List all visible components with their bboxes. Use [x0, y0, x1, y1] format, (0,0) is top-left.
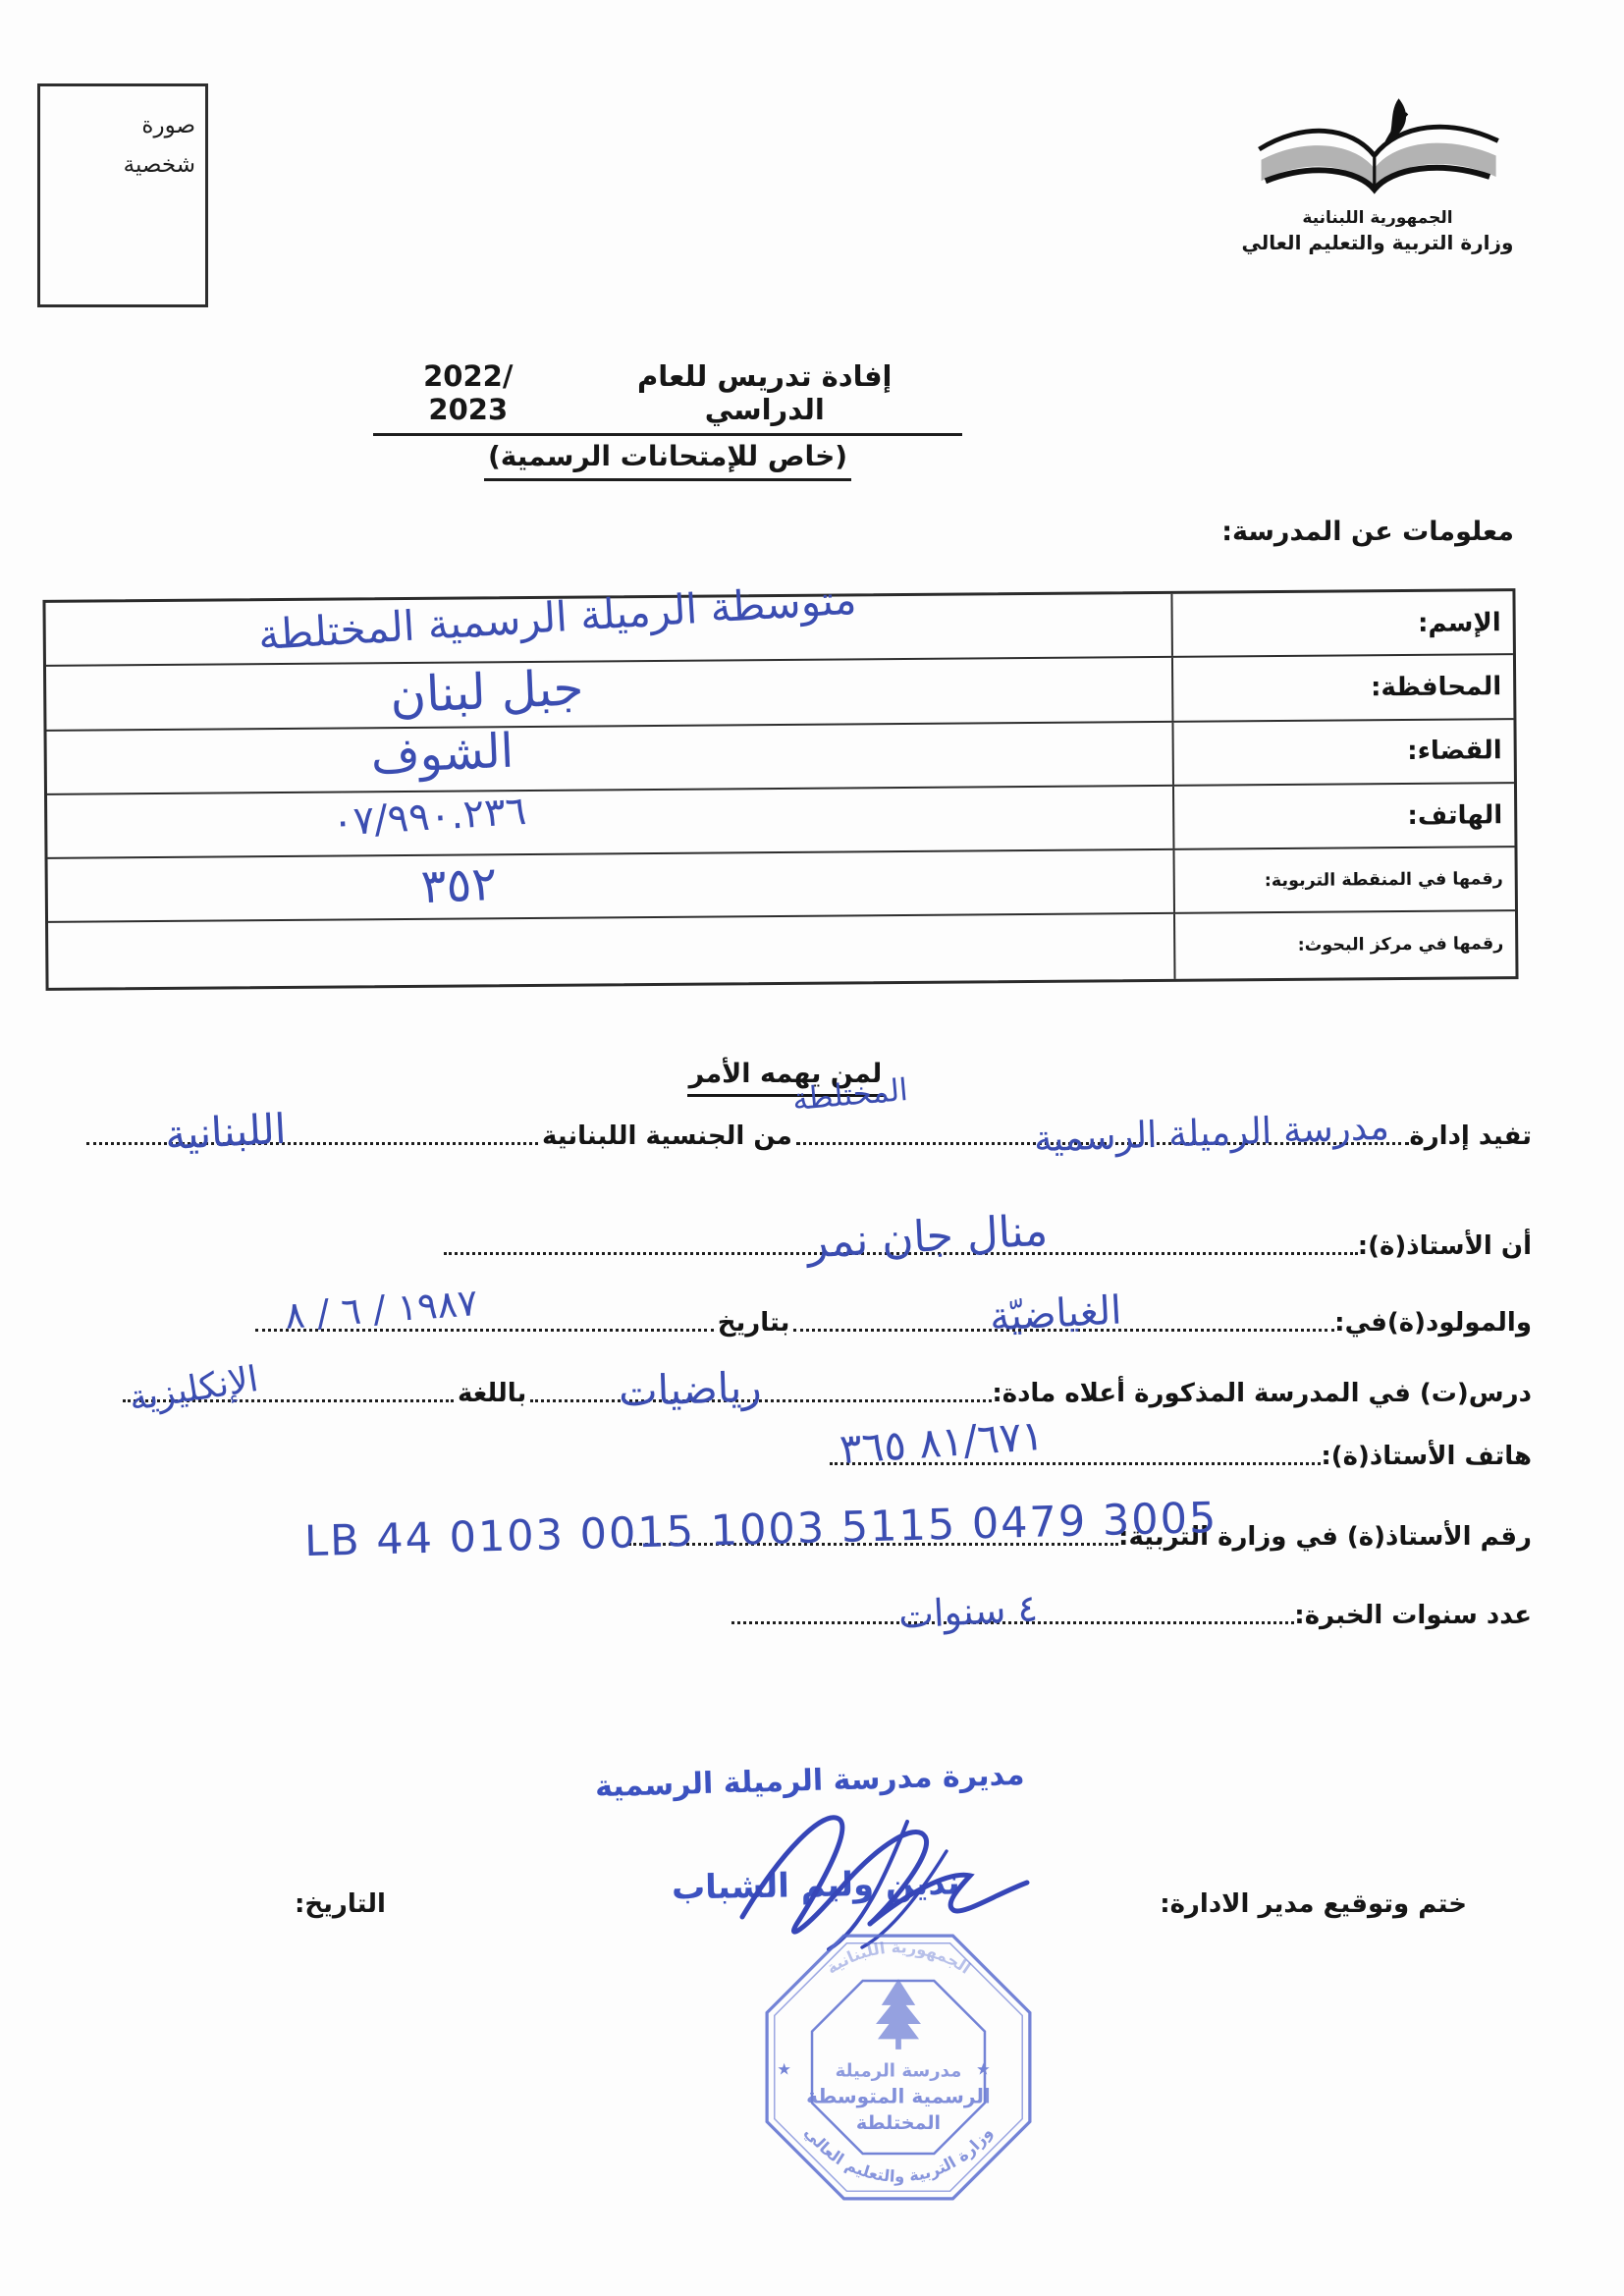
photo-box: صورة شخصية — [37, 83, 208, 307]
title-years: 2022/ 2023 — [379, 359, 558, 426]
handwritten-district: الشوف — [370, 723, 515, 784]
line2-prefix: أن الأستاذ(ة): — [1358, 1230, 1532, 1264]
footer-date-label: التاريخ: — [295, 1889, 386, 1919]
line3-prefix: والمولود(ة)في: — [1334, 1306, 1532, 1340]
school-info-heading: معلومات عن المدرسة: — [1221, 517, 1514, 547]
row-label: رقمها في المنقطة التربوية: — [1172, 847, 1514, 912]
handwritten-birthdate: ١٩٨٧ / ٦ / ٨ — [284, 1281, 479, 1338]
footer-seal-signature-label: ختم وتوقيع مدير الادارة: — [1160, 1889, 1467, 1919]
handwritten-governorate: جبل لبنان — [389, 659, 584, 724]
row-value: ٣٥٢ — [48, 850, 1173, 921]
table-row-governorate: المحافظة: جبل لبنان — [46, 655, 1513, 731]
document-subtitle: (خاص للإمتحانات الرسمية) — [452, 440, 884, 481]
seal-center-line1: مدرسة الرميلة — [836, 2061, 962, 2082]
open-book-icon — [1240, 96, 1515, 202]
row-value — [48, 914, 1173, 987]
handwritten-nationality: اللبنانية — [164, 1105, 288, 1159]
line7-prefix: عدد سنوات الخبرة: — [1294, 1599, 1532, 1633]
dotted-line: الإنكليزية — [123, 1397, 454, 1402]
handwritten-teacher-name: منال جان نمر — [806, 1206, 1049, 1269]
line1-prefix: تفيد إدارة — [1409, 1120, 1532, 1154]
dotted-line: LB 44 0103 0015 1003 5115 0479 3005 — [628, 1541, 1118, 1546]
row-label: الهاتف: — [1172, 784, 1514, 848]
line5-prefix: هاتف الأستاذ(ة): — [1321, 1440, 1532, 1474]
row-value: جبل لبنان — [46, 658, 1171, 729]
seal-center-line2: الرسمية المتوسطة — [806, 2084, 991, 2107]
letter-line-7: عدد سنوات الخبرة: ٤ سنوات — [731, 1599, 1532, 1633]
logo-country-name: الجمهورية اللبنانية — [1225, 208, 1530, 228]
handwritten-phone: ٠٧/٩٩٠.٢٣٦ — [331, 789, 527, 846]
handwritten-teacher-phone: ٨١/٦٧١ ٣٦٥ — [839, 1411, 1046, 1473]
photo-box-label-line1: صورة — [40, 106, 195, 145]
handwritten-language: الإنكليزية — [127, 1359, 261, 1419]
row-label: المحافظة: — [1171, 655, 1513, 720]
row-label: الإسم: — [1170, 591, 1512, 656]
table-row-name: الإسم: متوسطة الرميلة الرسمية المختلطة — [45, 591, 1512, 667]
dotted-line: منال جان نمر — [444, 1250, 1358, 1255]
letter-line-3: والمولود(ة)في: الغياضيّة بتاريخ ١٩٨٧ / ٦… — [255, 1306, 1532, 1340]
dotted-line: ٨١/٦٧١ ٣٦٥ — [830, 1460, 1321, 1465]
letter-line-1: تفيد إدارة مدرسة الرميلة الرسمية المختلط… — [86, 1120, 1532, 1154]
seal-star-left-icon: ★ — [777, 2060, 791, 2079]
school-seal-icon: الجمهورية اللبنانية وزارة التربية والتعل… — [742, 1917, 1055, 2217]
letter-line-6: رقم الأستاذ(ة) في وزارة التربية: LB 44 0… — [628, 1520, 1532, 1555]
line3-mid: بتاريخ — [714, 1306, 794, 1340]
row-value: متوسطة الرميلة الرسمية المختلطة — [45, 594, 1170, 665]
table-row-district-number: رقمها في المنقطة التربوية: ٣٥٢ — [48, 847, 1515, 923]
ministry-logo: الجمهورية اللبنانية وزارة التربية والتعل… — [1225, 96, 1530, 254]
document-title: إفادة تدريس للعام الدراسي 2022/ 2023 — [373, 359, 962, 436]
line1-mid: من الجنسية اللبنانية — [538, 1120, 796, 1154]
line4-mid: باللغة — [454, 1377, 530, 1411]
scanned-document-page: صورة شخصية الجمهورية اللبنانية وزارة الت… — [0, 0, 1624, 2296]
handwritten-district-number: ٣٥٢ — [420, 856, 499, 914]
letter-line-4: درس(ت) في المدرسة المذكورة أعلاه مادة: ر… — [123, 1377, 1532, 1411]
line4-prefix: درس(ت) في المدرسة المذكورة أعلاه مادة: — [992, 1377, 1532, 1411]
handwritten-ministry-number: LB 44 0103 0015 1003 5115 0479 3005 — [304, 1494, 1218, 1566]
table-row-phone: الهاتف: ٠٧/٩٩٠.٢٣٦ — [47, 784, 1514, 859]
dotted-line: الغياضيّة — [793, 1327, 1334, 1332]
row-label: رقمها في مركز البحوث: — [1173, 912, 1516, 979]
school-info-table: الإسم: متوسطة الرميلة الرسمية المختلطة ا… — [42, 588, 1518, 991]
handwritten-experience-years: ٤ سنوات — [897, 1586, 1039, 1636]
seal-star-right-icon: ★ — [976, 2060, 991, 2079]
table-row-district: القضاء: الشوف — [47, 720, 1514, 795]
logo-ministry-name: وزارة التربية والتعليم العالي — [1225, 231, 1530, 254]
row-value: ٠٧/٩٩٠.٢٣٦ — [47, 787, 1172, 857]
dotted-line: رياضيات — [530, 1397, 992, 1402]
dotted-line: ٤ سنوات — [731, 1619, 1294, 1624]
table-row-research-number: رقمها في مركز البحوث: — [48, 912, 1515, 988]
photo-box-label-line2: شخصية — [40, 145, 195, 185]
title-text: إفادة تدريس للعام الدراسي — [573, 359, 956, 426]
dotted-line: مدرسة الرميلة الرسمية المختلطة — [796, 1140, 1409, 1145]
letter-line-2: أن الأستاذ(ة): منال جان نمر — [444, 1230, 1532, 1264]
row-value: الشوف — [47, 722, 1172, 793]
dotted-line: ١٩٨٧ / ٦ / ٨ — [255, 1327, 714, 1332]
handwritten-birthplace: الغياضيّة — [989, 1288, 1123, 1340]
handwritten-subject: رياضيات — [619, 1363, 763, 1416]
handwritten-school: مدرسة الرميلة الرسمية — [1034, 1106, 1390, 1161]
dotted-line: اللبنانية — [86, 1140, 538, 1145]
letter-line-5: هاتف الأستاذ(ة): ٨١/٦٧١ ٣٦٥ — [830, 1440, 1532, 1474]
seal-center-line3: المختلطة — [856, 2111, 941, 2134]
handwritten-school-name: متوسطة الرميلة الرسمية المختلطة — [257, 574, 858, 659]
row-label: القضاء: — [1171, 720, 1513, 785]
